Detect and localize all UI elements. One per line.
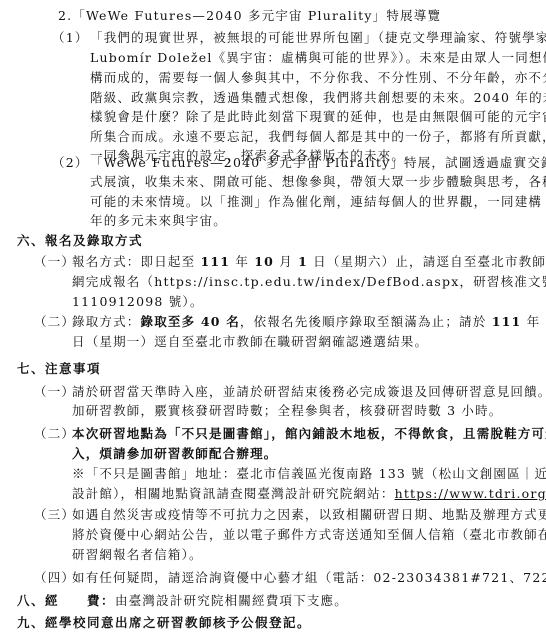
list-marker: （二） <box>34 313 75 331</box>
text: 年 10 月 3 <box>521 314 546 329</box>
list-marker: （1） <box>52 29 89 47</box>
month: 10 <box>254 254 274 269</box>
paragraph-line: 「我們的現實世界，被無垠的可能世界所包圍」（捷克文學理論家、符號學家 <box>90 29 546 47</box>
registration-line: 報名方式：即日起至 111 年 10 月 1 日（星期六）止，請逕自至臺北市教師… <box>72 253 546 271</box>
venue-info-line: 設計館），相關地點資訊請查閱臺灣設計研究院網站：https://www.tdri… <box>72 485 546 503</box>
text: 設計館），相關地點資訊請查閱臺灣設計研究院網站： <box>72 486 395 501</box>
paragraph-line: 將於資優中心網站公告，並以電子郵件方式寄送通知至個人信箱（臺北市教師在職 <box>72 526 546 544</box>
paragraph-line: 可能的未來情境。以「推測」作為催化劑，連結每個人的世界觀，一同建構 2040 <box>90 193 546 211</box>
exhibit-heading: 2.「WeWe Futures—2040 多元宇宙 Plurality」特展導覽 <box>58 7 441 25</box>
list-marker: （一） <box>34 253 75 271</box>
contact-line: 如有任何疑問，請逕洽詢資優中心藝才組（電話：02-23034381#721、72… <box>72 569 546 587</box>
day: 1 <box>298 254 308 269</box>
list-marker: （二） <box>34 425 75 443</box>
paragraph-line: 如遇自然災害或疫情等不可抗力之因素，以致相關研習日期、地點及辦理方式更動， <box>72 506 546 524</box>
paragraph-line: 樣貌會是什麼？除了是此時此刻當下現實的延伸，也是由無限個可能的元宇宙 <box>90 108 546 126</box>
section-title: 九、經學校同意出席之研習教師核予公假登記。 <box>17 614 311 632</box>
text: 錄取方式： <box>72 314 141 329</box>
paragraph-line: 式展演，收集未來、開啟可能、想像參與，帶領大眾一步步體驗與思考，各種 <box>90 173 546 191</box>
text: 報名方式：即日起至 <box>72 254 200 269</box>
list-marker: （2） <box>52 154 89 172</box>
venue-notice-line: 本次研習地點為「不只是圖書館」，館內鋪設木地板，不得飲食，且需脫鞋方可進 <box>72 425 546 443</box>
funding-text: 由臺灣設計研究院相關經費項下支應。 <box>115 593 348 608</box>
admission-limit: 錄取至多 40 名 <box>141 314 240 329</box>
paragraph-line: Lubomír Doležel《異宇宙：虛構與可能的世界》）。未來是由眾人一同想… <box>90 49 546 67</box>
paragraph-line: 「WeWe Futures—2040 多元宇宙 Plurality」特展，試圖透… <box>90 154 546 172</box>
approval-number: 1110912098 號）。 <box>72 293 204 311</box>
paragraph-line: 所集合而成。永遠不要忘記，我們每個人都是其中的一份子，都將有所貢獻， <box>90 128 546 146</box>
list-marker: （四） <box>34 569 75 587</box>
paragraph-line: 研習網報名者信箱）。 <box>72 546 203 564</box>
paragraph-line: 請於研習當天準時入座，並請於研習結束後務必完成簽退及回傳研習意見回饋。參 <box>72 383 546 401</box>
paragraph-line: 構而成的，需要每一個人參與其中，不分你我、不分性別、不分年齡，亦不分 <box>90 69 546 87</box>
year: 111 <box>200 254 230 269</box>
text: 月 <box>274 254 298 269</box>
list-marker: （一） <box>34 383 75 401</box>
document-page: 2.「WeWe Futures—2040 多元宇宙 Plurality」特展導覽… <box>0 0 546 635</box>
tdri-website-link[interactable]: https://www.tdri.org.tw/ <box>395 486 546 501</box>
text: 日（星期六）止，請逕自至臺北市教師在職研習 <box>308 254 546 269</box>
paragraph-line: 年的多元未來與宇宙。 <box>90 212 227 230</box>
paragraph-line: 階級、政黨與宗教，透過集體式想像，我們將共創想要的未來。2040 年的未來 <box>90 89 546 107</box>
section-title: 七、注意事項 <box>17 360 101 378</box>
registration-link-line[interactable]: 網完成報名（https://insc.tp.edu.tw/index/DefBo… <box>72 273 546 291</box>
paragraph-line: 日（星期一）逕自至臺北市教師在職研習網確認遴選結果。 <box>72 333 428 351</box>
paragraph-line: 加研習教師，覈實核發研習時數；全程參與者，核發研習時數 3 小時。 <box>72 402 503 420</box>
funding-line: 八、經 費：由臺灣設計研究院相關經費項下支應。 <box>17 592 348 610</box>
section-title: 八、經 費： <box>17 593 115 608</box>
section-title: 六、報名及錄取方式 <box>17 232 143 250</box>
venue-address-line: ※「不只是圖書館」地址：臺北市信義區光復南路 133 號（松山文創園區｜近臺灣 <box>72 465 546 483</box>
text: ，依報名先後順序錄取至額滿為止；請於 <box>240 314 492 329</box>
admission-line: 錄取方式：錄取至多 40 名，依報名先後順序錄取至額滿為止；請於 111 年 1… <box>72 313 546 331</box>
year: 111 <box>492 314 522 329</box>
text: 年 <box>230 254 254 269</box>
venue-notice-line: 入，煩請參加研習教師配合辦理。 <box>72 445 278 463</box>
list-marker: （三） <box>34 506 75 524</box>
